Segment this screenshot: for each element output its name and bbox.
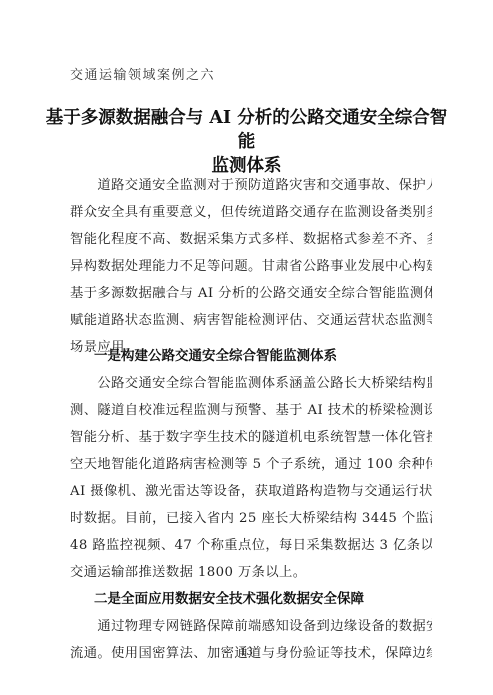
text-line: 异构数据处理能力不足等问题。甘肃省公路事业发展中心构建了 xyxy=(70,253,432,280)
title-line-1: 基于多源数据融合与 AI 分析的公路交通安全综合智能 xyxy=(40,106,453,154)
section-1-heading: 一是构建公路交通安全综合智能监测体系 xyxy=(94,343,337,370)
section-2-heading: 二是全面应用数据安全技术强化数据安全保障 xyxy=(94,586,364,613)
page-number: 13 xyxy=(0,647,493,658)
text-line: 通过物理专网链路保障前端感知设备到边缘设备的数据安全 xyxy=(70,613,432,640)
text-line: 道路交通安全监测对于预防道路灾害和交通事故、保护人民 xyxy=(70,172,432,199)
text-line: 基于多源数据融合与 AI 分析的公路交通安全综合智能监测体系， xyxy=(70,280,432,307)
text-line: 48 路监控视频、47 个称重点位，每日采集数据达 3 亿条以上，向 xyxy=(70,532,432,559)
document-page: 交通运输领域案例之六 基于多源数据融合与 AI 分析的公路交通安全综合智能 监测… xyxy=(0,0,493,695)
section-2-paragraph: 通过物理专网链路保障前端感知设备到边缘设备的数据安全 流通。使用国密算法、加密通… xyxy=(70,613,432,667)
text-line: 智能分析、基于数字孪生技术的隧道机电系统智慧一体化管控、 xyxy=(70,424,432,451)
section-1-paragraph: 公路交通安全综合智能监测体系涵盖公路长大桥梁结构监 测、隧道自校准远程监测与预警… xyxy=(70,370,432,586)
text-line: 测、隧道自校准远程监测与预警、基于 AI 技术的桥梁检测设备及 xyxy=(70,397,432,424)
text-line: 空天地智能化道路病害检测等 5 个子系统，通过 100 余种传感器、 xyxy=(70,451,432,478)
text-line: 时数据。目前，已接入省内 25 座长大桥梁结构 3445 个监测点、 xyxy=(70,505,432,532)
text-line: 公路交通安全综合智能监测体系涵盖公路长大桥梁结构监 xyxy=(70,370,432,397)
text-line: 智能化程度不高、数据采集方式多样、数据格式参差不齐、多源 xyxy=(70,226,432,253)
series-label: 交通运输领域案例之六 xyxy=(70,64,215,83)
text-line: 交通运输部推送数据 1800 万条以上。 xyxy=(70,559,432,586)
document-title: 基于多源数据融合与 AI 分析的公路交通安全综合智能 监测体系 xyxy=(40,106,453,178)
intro-paragraph: 道路交通安全监测对于预防道路灾害和交通事故、保护人民 群众安全具有重要意义，但传… xyxy=(70,172,432,361)
text-line: AI 摄像机、激光雷达等设备，获取道路构造物与交通运行状态实 xyxy=(70,478,432,505)
text-line: 赋能道路状态监测、病害智能检测评估、交通运营状态监测等多 xyxy=(70,307,432,334)
text-line: 群众安全具有重要意义，但传统道路交通存在监测设备类别多、 xyxy=(70,199,432,226)
